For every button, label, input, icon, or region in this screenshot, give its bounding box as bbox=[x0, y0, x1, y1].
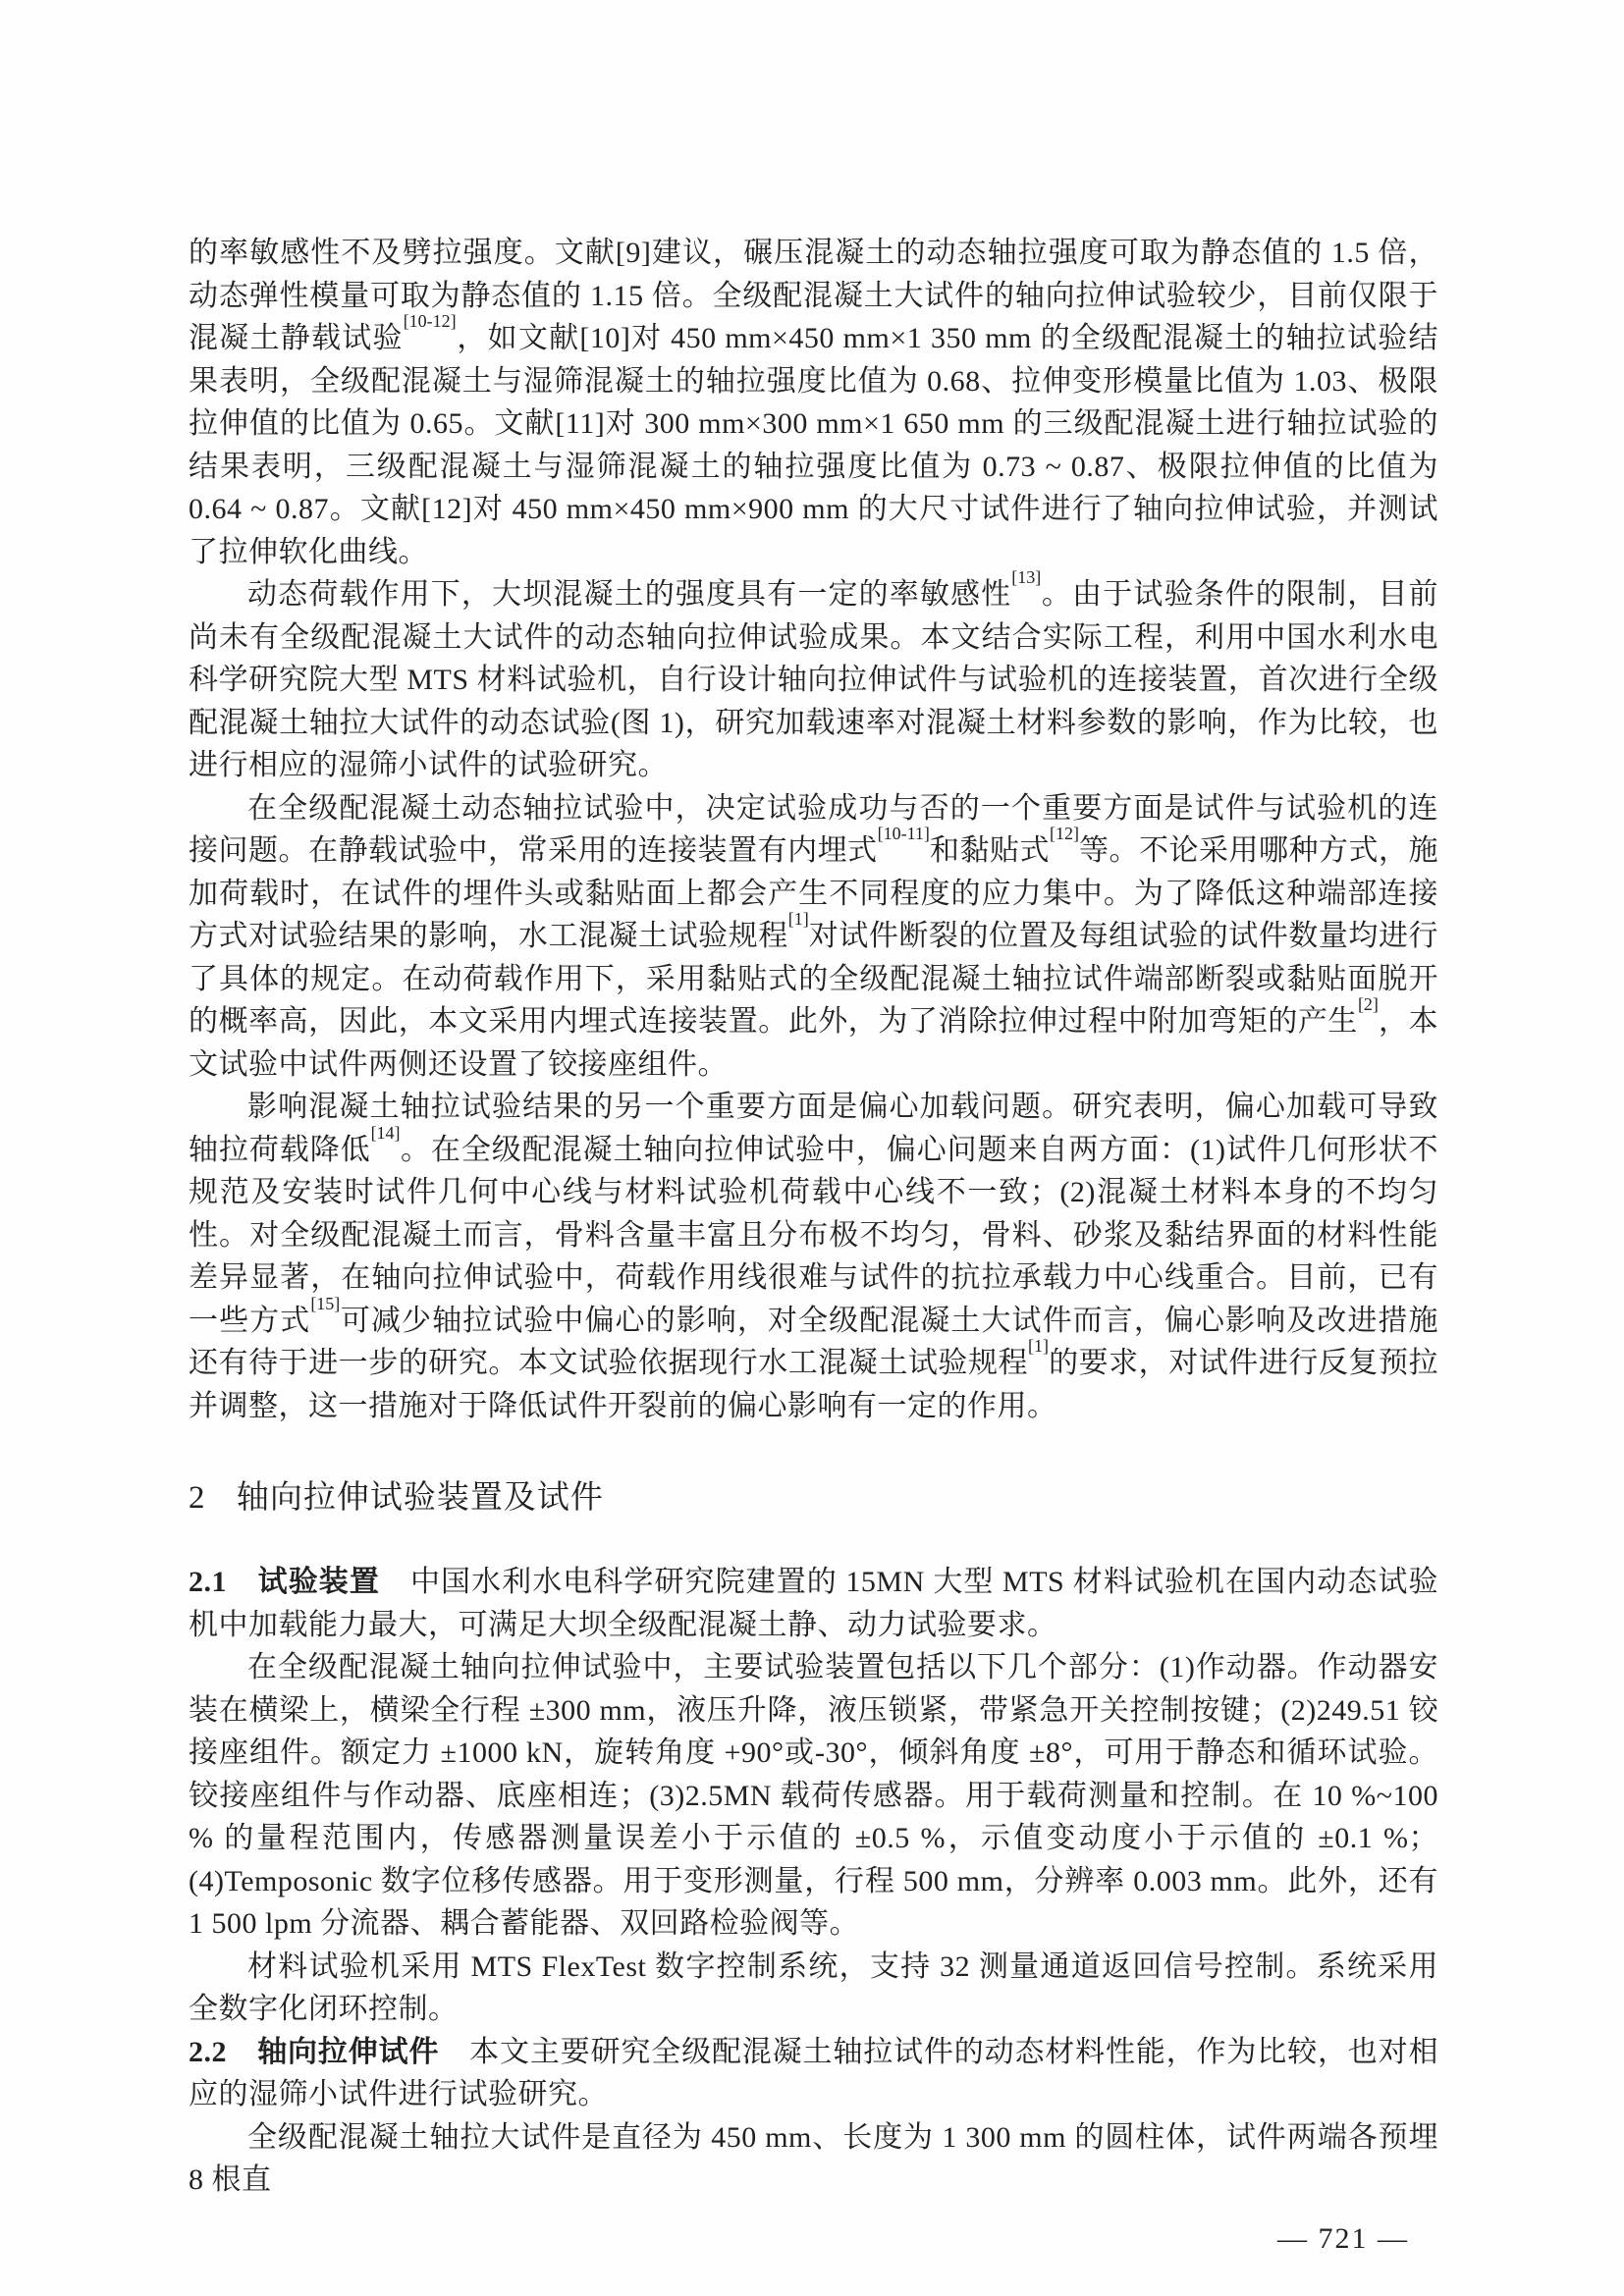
citation-ref: [2] bbox=[1358, 994, 1379, 1014]
subsection-label: 2.1 试验装置 bbox=[189, 1566, 380, 1598]
section-number: 2 bbox=[189, 1480, 206, 1516]
text-run: 材料试验机采用 MTS FlexTest 数字控制系统，支持 32 测量通道返回… bbox=[189, 1950, 1438, 2026]
paragraph: 2.1 试验装置 中国水利水电科学研究院建置的 15MN 大型 MTS 材料试验… bbox=[189, 1561, 1438, 1646]
paragraph: 材料试验机采用 MTS FlexTest 数字控制系统，支持 32 测量通道返回… bbox=[189, 1946, 1438, 2031]
page: 的率敏感性不及劈拉强度。文献[9]建议，碾压混凝土的动态轴拉强度可取为静态值的 … bbox=[0, 0, 1624, 2296]
section-heading: 2轴向拉伸试验装置及试件 bbox=[189, 1473, 1438, 1522]
text-run: ，如文献[10]对 450 mm×450 mm×1 350 mm 的全级配混凝土… bbox=[189, 322, 1438, 568]
text-run: 全级配混凝土轴拉大试件是直径为 450 mm、长度为 1 300 mm 的圆柱体… bbox=[189, 2121, 1438, 2197]
citation-ref: [14] bbox=[371, 1123, 401, 1143]
page-footer: — 721 — bbox=[189, 2217, 1438, 2260]
paragraph: 影响混凝土轴拉试验结果的另一个重要方面是偏心加载问题。研究表明，偏心加载可导致轴… bbox=[189, 1086, 1438, 1427]
paragraph: 2.2 轴向拉伸试件 本文主要研究全级配混凝土轴拉试件的动态材料性能，作为比较，… bbox=[189, 2031, 1438, 2116]
paragraph: 全级配混凝土轴拉大试件是直径为 450 mm、长度为 1 300 mm 的圆柱体… bbox=[189, 2116, 1438, 2202]
citation-ref: [1] bbox=[788, 909, 809, 929]
citation-ref: [10-11] bbox=[878, 824, 930, 843]
citation-ref: [12] bbox=[1050, 824, 1079, 843]
text-run: 在全级配混凝土轴向拉伸试验中，主要试验装置包括以下几个部分：(1)作动器。作动器… bbox=[189, 1651, 1438, 1940]
paragraph: 在全级配混凝土动态轴拉试验中，决定试验成功与否的一个重要方面是试件与试验机的连接… bbox=[189, 787, 1438, 1087]
paragraph: 的率敏感性不及劈拉强度。文献[9]建议，碾压混凝土的动态轴拉强度可取为静态值的 … bbox=[189, 232, 1438, 573]
citation-ref: [13] bbox=[1011, 567, 1041, 587]
text-run: 动态荷载作用下，大坝混凝土的强度具有一定的率敏感性 bbox=[247, 578, 1011, 611]
subsection-label: 2.2 轴向拉伸试件 bbox=[189, 2036, 439, 2068]
citation-ref: [1] bbox=[1028, 1336, 1049, 1356]
paragraph: 在全级配混凝土轴向拉伸试验中，主要试验装置包括以下几个部分：(1)作动器。作动器… bbox=[189, 1646, 1438, 1946]
citation-ref: [15] bbox=[310, 1294, 340, 1313]
page-body: 的率敏感性不及劈拉强度。文献[9]建议，碾压混凝土的动态轴拉强度可取为静态值的 … bbox=[189, 232, 1438, 2202]
citation-ref: [10-12] bbox=[404, 311, 457, 331]
section-title: 轴向拉伸试验装置及试件 bbox=[237, 1480, 604, 1516]
page-number: — 721 — bbox=[1277, 2222, 1409, 2255]
paragraph: 动态荷载作用下，大坝混凝土的强度具有一定的率敏感性[13]。由于试验条件的限制，… bbox=[189, 573, 1438, 787]
text-run: 和黏贴式 bbox=[930, 834, 1050, 867]
